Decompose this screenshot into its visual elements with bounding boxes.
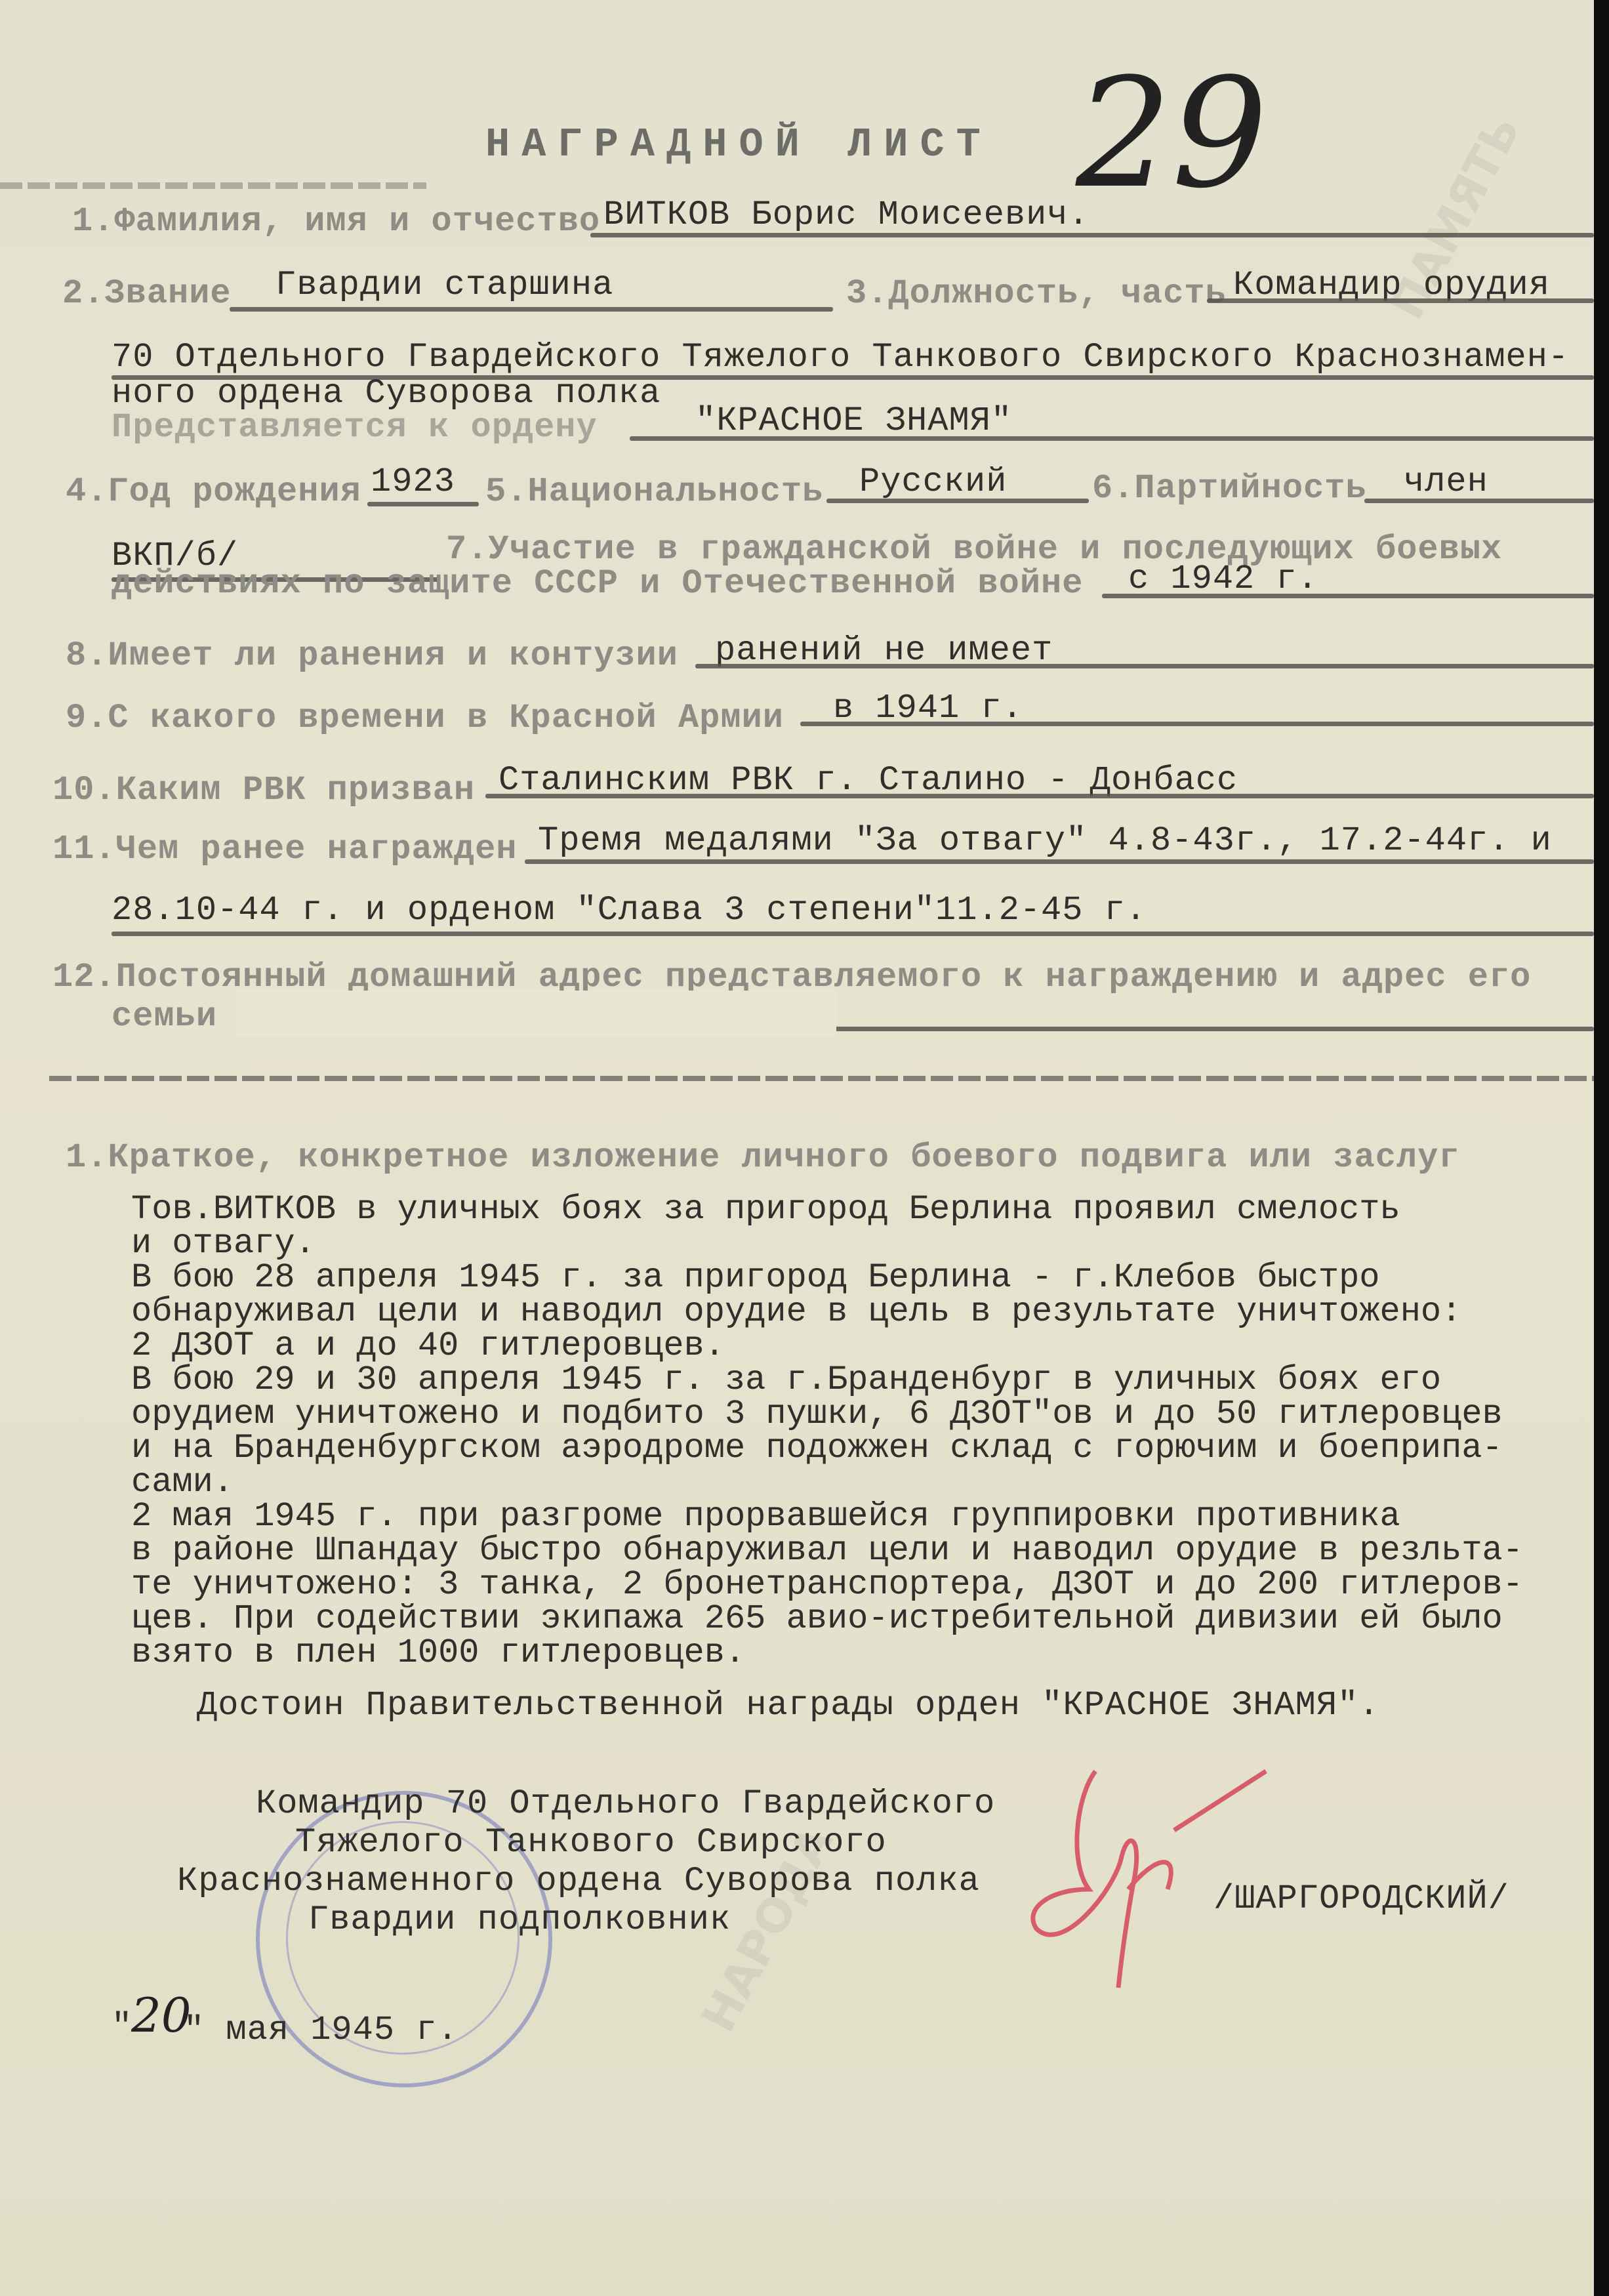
presented-value: "КРАСНОЕ ЗНАМЯ" xyxy=(695,401,1012,440)
narrative-line: цев. При содействии экипажа 265 авио-ист… xyxy=(131,1602,1523,1636)
narrative-line: взято в плен 1000 гитлеровцев. xyxy=(131,1636,1523,1670)
signature-line: Командир 70 Отдельного Гвардейского xyxy=(256,1784,1059,1823)
field-11-underline-1 xyxy=(525,859,1594,864)
field-12-label-2: семьи xyxy=(112,997,217,1036)
field-5-label: 5.Национальность xyxy=(485,472,823,511)
field-6-label: 6.Партийность xyxy=(1092,469,1367,508)
narrative-block: Тов.ВИТКОВ в уличных боях за пригород Бе… xyxy=(131,1193,1523,1670)
field-8-label: 8.Имеет ли ранения и контузии xyxy=(66,636,678,675)
signer-name: /ШАРГОРОДСКИЙ/ xyxy=(1213,1879,1509,1918)
redacted-address xyxy=(236,991,836,1036)
narrative-line: и отвагу. xyxy=(131,1227,1523,1261)
section-2-heading: 1.Краткое, конкретное изложение личного … xyxy=(66,1138,1460,1177)
field-7-label-1: 7.Участие в гражданской войне и последую… xyxy=(446,530,1502,569)
narrative-line: в районе Шпандау быстро обнаруживал цели… xyxy=(131,1534,1523,1568)
narrative-line: 2 ДЗОТ а и до 40 гитлеровцев. xyxy=(131,1329,1523,1363)
field-7-underline xyxy=(1102,594,1594,598)
field-7-label-2: действиях по защите СССР и Отечественной… xyxy=(112,564,1083,603)
narrative-line: обнаруживал цели и наводил орудие в цель… xyxy=(131,1295,1523,1329)
section-separator xyxy=(49,1076,1594,1081)
field-10-label: 10.Каким РВК призван xyxy=(52,771,475,810)
perforation-line xyxy=(0,182,426,189)
field-3-underline xyxy=(1207,298,1594,303)
date-open-quote: " xyxy=(112,2007,132,2046)
award-conclusion: Достоин Правительственной награды орден … xyxy=(197,1686,1379,1725)
date-rest: " мая 1945 г. xyxy=(184,2011,458,2049)
narrative-line: Тов.ВИТКОВ в уличных боях за пригород Бе… xyxy=(131,1193,1523,1227)
narrative-line: В бою 28 апреля 1945 г. за пригород Берл… xyxy=(131,1261,1523,1295)
presented-underline xyxy=(630,436,1594,441)
presented-label: Представляется к ордену xyxy=(112,408,598,447)
field-6-underline xyxy=(1364,499,1594,503)
field-4-underline xyxy=(367,502,479,506)
narrative-line: В бою 29 и 30 апреля 1945 г. за г.Бранде… xyxy=(131,1363,1523,1397)
narrative-line: те уничтожено: 3 танка, 2 бронетранспорт… xyxy=(131,1568,1523,1602)
signature-line: Тяжелого Танкового Свирского xyxy=(295,1823,1098,1862)
award-sheet-page: ПАМЯТЬ НАРОДА 29 НАГРАДНОЙ ЛИСТ 1.Фамили… xyxy=(0,0,1594,2296)
scan-edge xyxy=(1594,0,1609,2296)
field-8-underline xyxy=(695,664,1594,668)
signature-line: Краснознаменного ордена Суворова полка xyxy=(177,1862,980,1900)
date-day: 20 xyxy=(131,1988,192,2043)
field-6-value: член xyxy=(1404,462,1488,501)
field-9-underline xyxy=(800,722,1594,726)
field-11-value-2: 28.10-44 г. и орденом "Слава 3 степени"1… xyxy=(112,891,1147,930)
unit-line-2: ного ордена Суворова полка xyxy=(112,374,661,413)
field-3-label: 3.Должность, часть xyxy=(846,274,1227,313)
field-10-underline xyxy=(485,794,1594,798)
field-1-underline xyxy=(590,233,1594,237)
field-11-label: 11.Чем ранее награжден xyxy=(52,830,518,869)
field-5-value: Русский xyxy=(859,462,1007,501)
field-4-value: 1923 xyxy=(371,462,455,501)
narrative-line: орудием уничтожено и подбито 3 пушки, 6 … xyxy=(131,1397,1523,1431)
field-9-label: 9.С какого времени в Красной Армии xyxy=(66,699,784,737)
field-11-underline-2 xyxy=(112,932,1594,936)
field-1-value: ВИТКОВ Борис Моисеевич. xyxy=(603,195,1090,234)
field-2-value: Гвардии старшина xyxy=(275,266,613,304)
field-4-label: 4.Год рождения xyxy=(66,472,361,511)
field-11-value-1: Тремя медалями "За отвагу" 4.8-43г., 17.… xyxy=(538,821,1552,860)
field-1-label: 1.Фамилия, имя и отчество xyxy=(72,202,600,241)
sheet-number: 29 xyxy=(1076,59,1268,210)
signature-block: Командир 70 Отдельного Гвардейского Тяже… xyxy=(177,1784,980,1939)
narrative-line: 2 мая 1945 г. при разгроме прорвавшейся … xyxy=(131,1500,1523,1534)
field-2-underline xyxy=(230,307,833,312)
narrative-line: сами. xyxy=(131,1466,1523,1500)
signature-line: Гвардии подполковник xyxy=(308,1900,1111,1939)
narrative-line: и на Бранденбургском аэродроме подожжен … xyxy=(131,1431,1523,1466)
document-title: НАГРАДНОЙ ЛИСТ xyxy=(485,121,992,168)
unit-line-1: 70 Отдельного Гвардейского Тяжелого Танк… xyxy=(112,338,1569,377)
field-2-label: 2.Звание xyxy=(62,274,232,313)
field-5-underline xyxy=(826,499,1089,503)
field-7-value: с 1942 г. xyxy=(1128,560,1318,598)
red-signature xyxy=(1010,1758,1286,1994)
